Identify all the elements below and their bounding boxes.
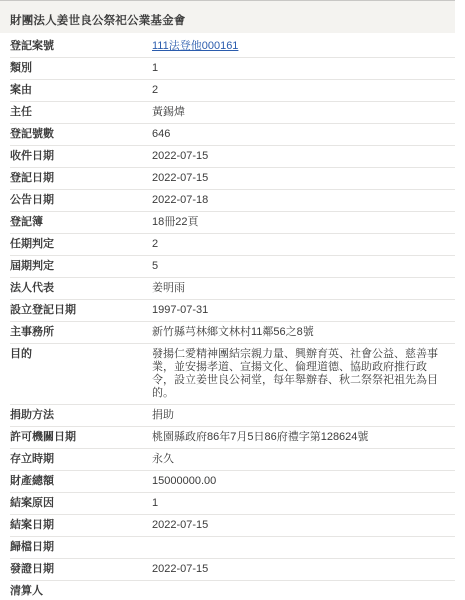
row-value: 1 (152, 62, 455, 75)
row-label: 登記案號 (10, 40, 152, 53)
table-row: 存立時期 永久 (10, 449, 455, 471)
row-value: 2 (152, 84, 455, 97)
row-label: 類別 (10, 62, 152, 75)
row-label: 公告日期 (10, 194, 152, 207)
row-value: 2022-07-15 (152, 150, 455, 163)
row-value: 發揚仁愛精神團結宗親力量、興辦育英、社會公益、慈善事業，並安揚孝道、宣揚文化、倫… (152, 348, 455, 400)
row-label: 登記號數 (10, 128, 152, 141)
table-row: 登記號數 646 (10, 124, 455, 146)
table-row: 公告日期 2022-07-18 (10, 190, 455, 212)
row-value: 2022-07-15 (152, 172, 455, 185)
table-row: 登記日期 2022-07-15 (10, 168, 455, 190)
row-value: 姜明雨 (152, 282, 455, 295)
row-label: 案由 (10, 84, 152, 97)
table-row: 許可機關日期 桃園縣政府86年7月5日86府禮字第128624號 (10, 427, 455, 449)
table-row: 歸檔日期 (10, 537, 455, 559)
table-row: 案由 2 (10, 80, 455, 102)
row-label: 登記簿 (10, 216, 152, 229)
row-label: 財產總額 (10, 475, 152, 488)
row-value: 5 (152, 260, 455, 273)
row-value: 2022-07-15 (152, 563, 455, 576)
table-row: 清算人 (10, 581, 455, 600)
row-value: 1 (152, 497, 455, 510)
row-label: 法人代表 (10, 282, 152, 295)
row-label: 目的 (10, 348, 152, 361)
table-row: 結案原因 1 (10, 493, 455, 515)
row-label: 登記日期 (10, 172, 152, 185)
row-label: 捐助方法 (10, 409, 152, 422)
row-label: 許可機關日期 (10, 431, 152, 444)
page-title: 財團法人姜世良公祭祀公業基金會 (10, 12, 445, 28)
row-value: 永久 (152, 453, 455, 466)
records-table: 登記案號 111法登他000161 類別 1 案由 2 主任 黃錫煒 登記號數 … (0, 33, 455, 600)
table-row: 結案日期 2022-07-15 (10, 515, 455, 537)
row-label: 歸檔日期 (10, 541, 152, 554)
row-label: 清算人 (10, 585, 152, 598)
row-value: 646 (152, 128, 455, 141)
table-row: 任期判定 2 (10, 234, 455, 256)
row-value: 15000000.00 (152, 475, 455, 488)
row-label: 結案日期 (10, 519, 152, 532)
table-row: 目的 發揚仁愛精神團結宗親力量、興辦育英、社會公益、慈善事業，並安揚孝道、宣揚文… (10, 344, 455, 405)
table-row: 主任 黃錫煒 (10, 102, 455, 124)
row-label: 主任 (10, 106, 152, 119)
table-row: 登記案號 111法登他000161 (10, 36, 455, 58)
row-value: 捐助 (152, 409, 455, 422)
table-row: 捐助方法 捐助 (10, 405, 455, 427)
table-row: 主事務所 新竹縣芎林鄉文林村11鄰56之8號 (10, 322, 455, 344)
row-value: 18冊22頁 (152, 216, 455, 229)
row-label: 存立時期 (10, 453, 152, 466)
row-value: 黃錫煒 (152, 106, 455, 119)
page-header: 財團法人姜世良公祭祀公業基金會 (0, 0, 455, 33)
row-label: 結案原因 (10, 497, 152, 510)
row-value: 新竹縣芎林鄉文林村11鄰56之8號 (152, 326, 455, 339)
row-label: 任期判定 (10, 238, 152, 251)
table-row: 發證日期 2022-07-15 (10, 559, 455, 581)
table-row: 登記簿 18冊22頁 (10, 212, 455, 234)
record-number-link[interactable]: 111法登他000161 (152, 40, 455, 53)
row-value: 1997-07-31 (152, 304, 455, 317)
row-label: 屆期判定 (10, 260, 152, 273)
row-label: 主事務所 (10, 326, 152, 339)
row-value: 2022-07-15 (152, 519, 455, 532)
table-row: 屆期判定 5 (10, 256, 455, 278)
row-value: 桃園縣政府86年7月5日86府禮字第128624號 (152, 431, 455, 444)
row-value: 2022-07-18 (152, 194, 455, 207)
record-detail-page: 財團法人姜世良公祭祀公業基金會 登記案號 111法登他000161 類別 1 案… (0, 0, 465, 600)
row-value: 2 (152, 238, 455, 251)
row-label: 發證日期 (10, 563, 152, 576)
table-row: 設立登記日期 1997-07-31 (10, 300, 455, 322)
table-row: 財產總額 15000000.00 (10, 471, 455, 493)
table-row: 類別 1 (10, 58, 455, 80)
table-row: 收件日期 2022-07-15 (10, 146, 455, 168)
row-label: 收件日期 (10, 150, 152, 163)
table-row: 法人代表 姜明雨 (10, 278, 455, 300)
row-label: 設立登記日期 (10, 304, 152, 317)
